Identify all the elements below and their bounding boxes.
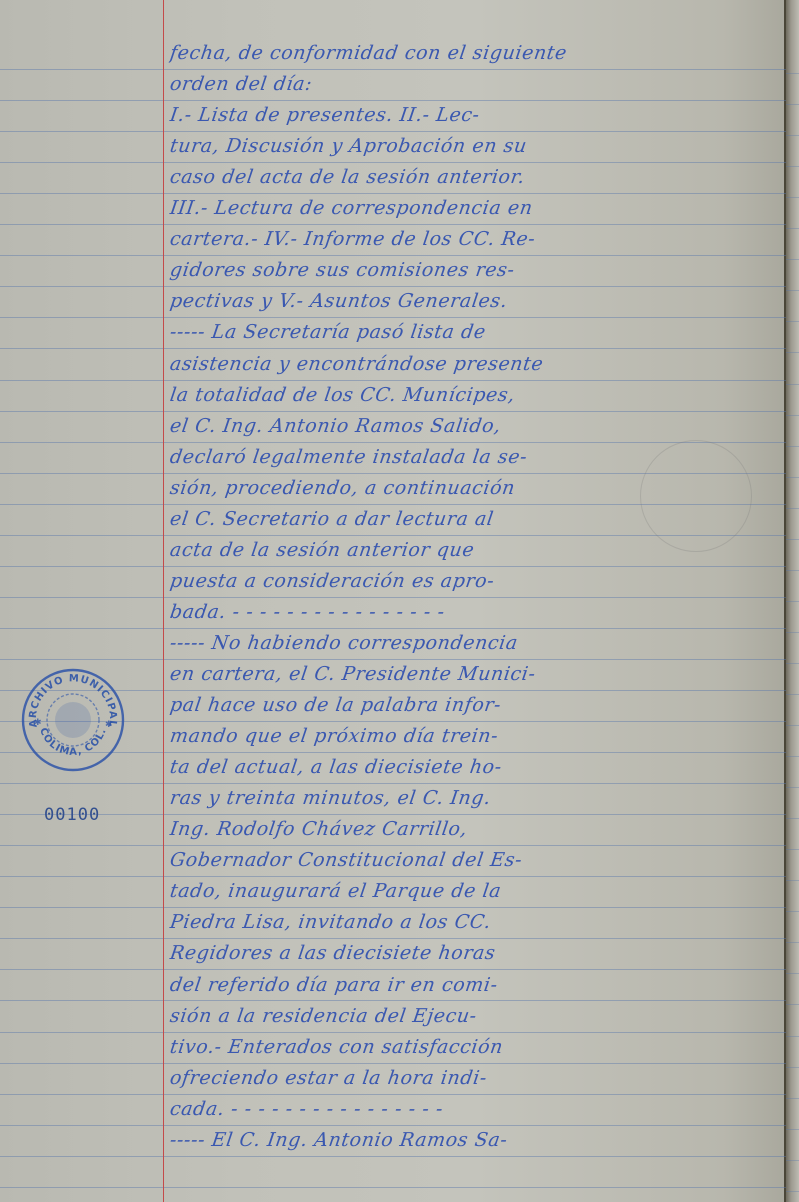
adjacent-ruled-line — [786, 1098, 799, 1099]
adjacent-ruled-line — [786, 259, 799, 260]
handwritten-line: Gobernador Constitucional del Es- — [168, 845, 784, 875]
handwritten-line: tivo.- Enterados con satisfacción — [168, 1032, 784, 1062]
adjacent-ruled-line — [786, 601, 799, 602]
adjacent-ruled-line — [786, 415, 799, 416]
handwritten-line: sión, procediendo, a continuación — [168, 473, 784, 503]
adjacent-ruled-line — [786, 166, 799, 167]
handwritten-line: I.- Lista de presentes. II.- Lec- — [168, 100, 784, 130]
svg-text:✱: ✱ — [105, 720, 113, 730]
adjacent-ruled-line — [786, 632, 799, 633]
handwritten-line: ofreciendo estar a la hora indi- — [168, 1063, 784, 1093]
handwritten-line: puesta a consideración es apro- — [168, 566, 784, 596]
red-margin-line — [163, 0, 164, 1202]
handwritten-line: pectivas y V.- Asuntos Generales. — [168, 286, 784, 316]
adjacent-ruled-line — [786, 756, 799, 757]
handwritten-line: tura, Discusión y Aprobación en su — [168, 131, 784, 161]
adjacent-ruled-line — [786, 880, 799, 881]
handwritten-line: orden del día: — [168, 69, 784, 99]
adjacent-ruled-line — [786, 818, 799, 819]
folio-number: 00100 — [44, 805, 100, 825]
adjacent-ruled-line — [786, 321, 799, 322]
adjacent-ruled-line — [786, 352, 799, 353]
handwritten-line: mando que el próximo día trein- — [168, 721, 784, 751]
handwritten-line: ta del actual, a las diecisiete ho- — [168, 752, 784, 782]
adjacent-ruled-line — [786, 477, 799, 478]
adjacent-ruled-line — [786, 290, 799, 291]
adjacent-ruled-line — [786, 228, 799, 229]
adjacent-ruled-line — [786, 725, 799, 726]
adjacent-ruled-line — [786, 1160, 799, 1161]
handwritten-line: sión a la residencia del Ejecu- — [168, 1001, 784, 1031]
handwritten-line: acta de la sesión anterior que — [168, 535, 784, 565]
adjacent-ruled-line — [786, 694, 799, 695]
adjacent-ruled-line — [786, 973, 799, 974]
handwritten-line: Ing. Rodolfo Chávez Carrillo, — [168, 814, 784, 844]
handwritten-line: caso del acta de la sesión anterior. — [168, 162, 784, 192]
svg-text:✱: ✱ — [34, 718, 42, 728]
adjacent-ruled-line — [786, 942, 799, 943]
adjacent-ruled-line — [786, 1191, 799, 1192]
adjacent-ruled-line — [786, 1067, 799, 1068]
handwritten-line: cada. - - - - - - - - - - - - - - - - — [168, 1094, 784, 1124]
handwritten-line: el C. Secretario a dar lectura al — [168, 504, 784, 534]
adjacent-ruled-line — [786, 508, 799, 509]
handwritten-line: ----- La Secretaría pasó lista de — [168, 317, 784, 347]
handwritten-line: gidores sobre sus comisiones res- — [168, 255, 784, 285]
handwritten-line: del referido día para ir en comi- — [168, 970, 784, 1000]
adjacent-ruled-line — [786, 570, 799, 571]
archivo-municipal-stamp: ARCHIVO MUNICIPAL COLIMA, COL. ✱ ✱ — [20, 667, 126, 773]
adjacent-ruled-line — [786, 849, 799, 850]
adjacent-ruled-line — [786, 1129, 799, 1130]
adjacent-ruled-line — [786, 911, 799, 912]
handwritten-line: en cartera, el C. Presidente Munici- — [168, 659, 784, 689]
adjacent-ruled-line — [786, 73, 799, 74]
ruled-line — [0, 1187, 786, 1188]
handwritten-line: Piedra Lisa, invitando a los CC. — [168, 907, 784, 937]
handwritten-line: el C. Ing. Antonio Ramos Salido, — [168, 411, 784, 441]
handwritten-line: tado, inaugurará el Parque de la — [168, 876, 784, 906]
handwritten-line: declaró legalmente instalada la se- — [168, 442, 784, 472]
adjacent-ruled-line — [786, 663, 799, 664]
adjacent-ruled-line — [786, 539, 799, 540]
handwritten-line: cartera.- IV.- Informe de los CC. Re- — [168, 224, 784, 254]
handwritten-line: ----- No habiendo correspondencia — [168, 628, 784, 658]
handwritten-line: ras y treinta minutos, el C. Ing. — [168, 783, 784, 813]
handwritten-line: pal hace uso de la palabra infor- — [168, 690, 784, 720]
ledger-page: fecha, de conformidad con el siguienteor… — [0, 0, 786, 1202]
adjacent-ruled-line — [786, 1036, 799, 1037]
adjacent-ruled-line — [786, 787, 799, 788]
handwritten-line: asistencia y encontrándose presente — [168, 349, 784, 379]
ruled-line — [0, 1156, 786, 1157]
handwritten-line: la totalidad de los CC. Munícipes, — [168, 380, 784, 410]
handwritten-line: fecha, de conformidad con el siguiente — [168, 38, 784, 68]
handwritten-line: ----- El C. Ing. Antonio Ramos Sa- — [168, 1125, 784, 1155]
adjacent-ruled-line — [786, 446, 799, 447]
adjacent-ruled-line — [786, 384, 799, 385]
handwritten-line: bada. - - - - - - - - - - - - - - - - — [168, 597, 784, 627]
handwritten-line: III.- Lectura de correspondencia en — [168, 193, 784, 223]
adjacent-ruled-line — [786, 135, 799, 136]
handwritten-line: Regidores a las diecisiete horas — [168, 938, 784, 968]
adjacent-ruled-line — [786, 1004, 799, 1005]
adjacent-ruled-line — [786, 104, 799, 105]
adjacent-ruled-line — [786, 197, 799, 198]
